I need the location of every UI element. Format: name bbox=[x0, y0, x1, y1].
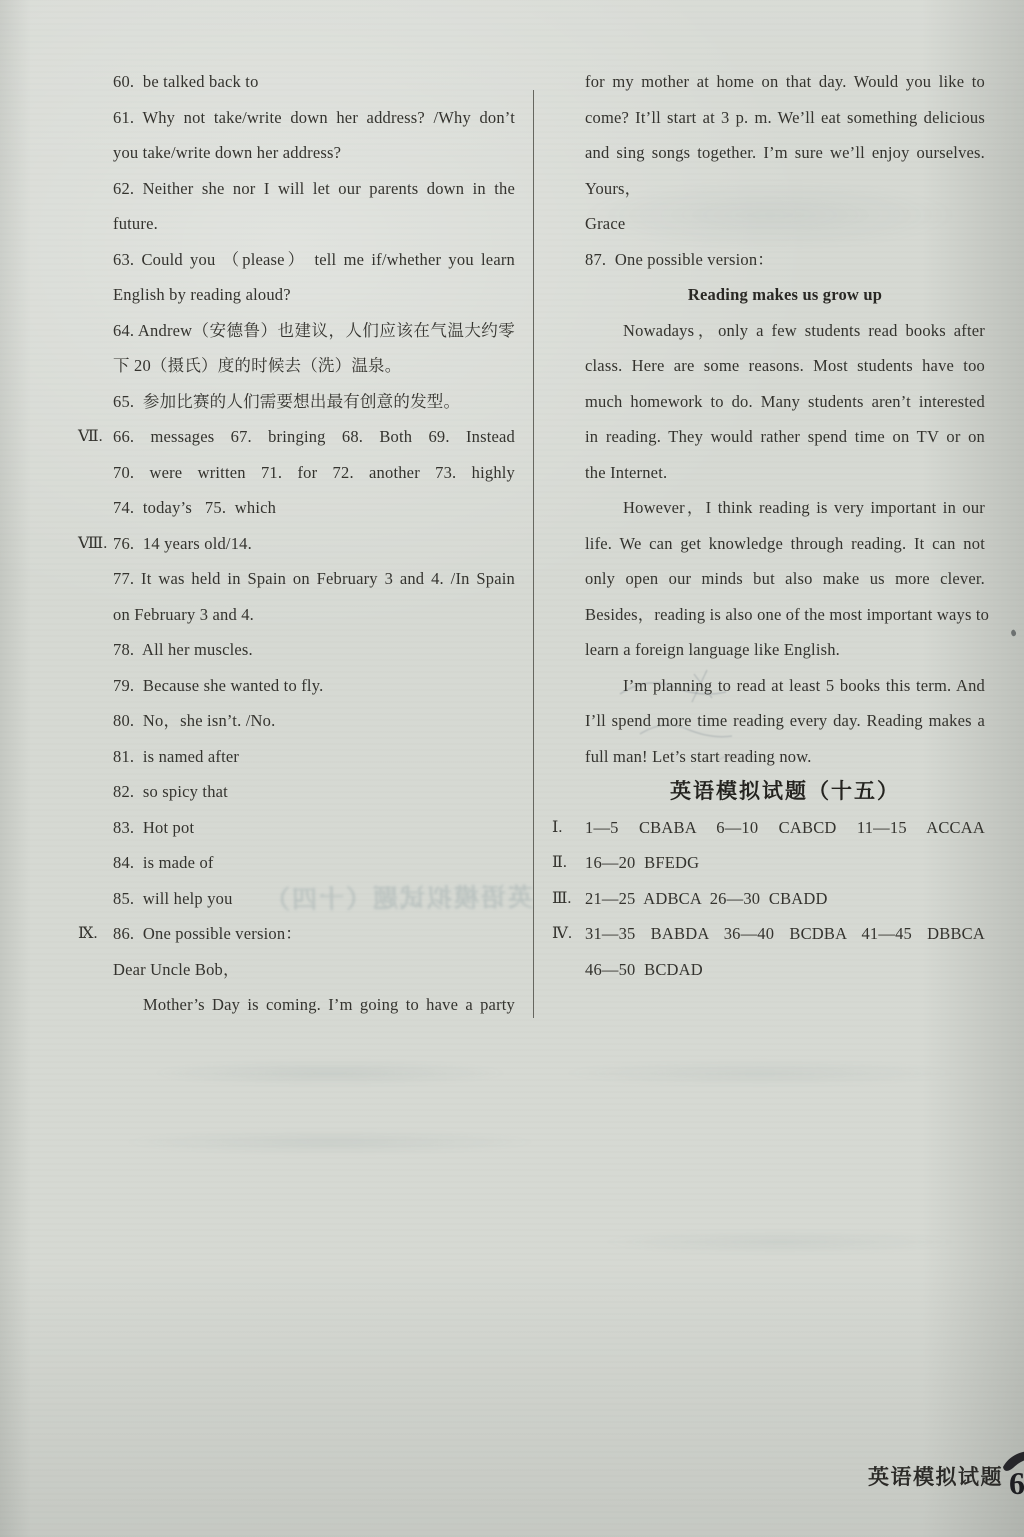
line-text: 61. Why not take/write down her address?… bbox=[113, 100, 515, 136]
line-text: Yours， bbox=[585, 171, 985, 207]
line-text: 65. 参加比赛的人们需要想出最有创意的发型。 bbox=[113, 384, 515, 420]
line-text: 83. Hot pot bbox=[113, 810, 515, 846]
text-line: Nowadays，only a few students read books … bbox=[585, 313, 985, 349]
line-text: 84. is made of bbox=[113, 845, 515, 881]
line-text: 78. All her muscles. bbox=[113, 632, 515, 668]
line-text: Dear Uncle Bob， bbox=[113, 952, 515, 988]
roman-numeral: Ⅳ. bbox=[552, 916, 572, 952]
answer-line: on February 3 and 4. bbox=[113, 597, 515, 633]
answer-line: Mother’s Day is coming. I’m going to hav… bbox=[113, 987, 515, 1023]
answer-line: 85. will help you bbox=[113, 881, 515, 917]
answer-line: English by reading aloud? bbox=[113, 277, 515, 313]
roman-numeral: Ⅰ. bbox=[552, 810, 562, 846]
line-text: the Internet. bbox=[585, 455, 985, 491]
line-text: come? It’ll start at 3 p. m. We’ll eat s… bbox=[585, 100, 985, 136]
roman-numeral: Ⅷ. bbox=[78, 526, 107, 562]
line-text: Besides，reading is also one of the most … bbox=[585, 597, 985, 633]
scanned-answer-page: 英语模拟试题（十四） 60. be talked back to61. Why … bbox=[0, 0, 1024, 1537]
text-line: learn a foreign language like English. bbox=[585, 632, 985, 668]
line-text: 82. so spicy that bbox=[113, 774, 515, 810]
answer-line: 70. were written 71. for 72. another 73.… bbox=[113, 455, 515, 491]
answer-key-line: Ⅱ.16—20 BFEDG bbox=[585, 845, 985, 881]
roman-numeral: Ⅸ. bbox=[78, 916, 97, 952]
line-text: English by reading aloud? bbox=[113, 277, 515, 313]
column-divider bbox=[533, 90, 534, 1018]
text-line: 87. One possible version： bbox=[585, 242, 985, 278]
answer-line: 65. 参加比赛的人们需要想出最有创意的发型。 bbox=[113, 384, 515, 420]
line-text: 80. No，she isn’t. /No. bbox=[113, 703, 515, 739]
line-text: 66. messages 67. bringing 68. Both 69. I… bbox=[113, 419, 515, 455]
text-line: life. We can get knowledge through readi… bbox=[585, 526, 985, 562]
section-heading: 英语模拟试题（十五） bbox=[585, 774, 985, 810]
line-text: 64. Andrew（安德鲁）也建议，人们应该在气温大约零 bbox=[113, 313, 515, 349]
text-line: full man! Let’s start reading now. bbox=[585, 739, 985, 775]
line-text: 英语模拟试题（十五） bbox=[585, 774, 985, 810]
answer-line: 下 20（摄氏）度的时候去（洗）温泉。 bbox=[113, 348, 515, 384]
page-number: 6 bbox=[1009, 1465, 1024, 1501]
answer-line: 74. today’s 75. which bbox=[113, 490, 515, 526]
answer-line: 83. Hot pot bbox=[113, 810, 515, 846]
line-text: 下 20（摄氏）度的时候去（洗）温泉。 bbox=[113, 348, 515, 384]
text-line: only open our minds but also make us mor… bbox=[585, 561, 985, 597]
answer-line: you take/write down her address? bbox=[113, 135, 515, 171]
text-line: the Internet. bbox=[585, 455, 985, 491]
line-text: 31—35 BABDA 36—40 BCDBA 41—45 DBBCA bbox=[585, 916, 985, 952]
roman-numeral: Ⅱ. bbox=[552, 845, 567, 881]
answer-line: Ⅷ.76. 14 years old/14. bbox=[113, 526, 515, 562]
right-column: for my mother at home on that day. Would… bbox=[585, 64, 985, 987]
left-column: 60. be talked back to61. Why not take/wr… bbox=[113, 64, 515, 1023]
line-text: learn a foreign language like English. bbox=[585, 632, 985, 668]
line-text: However，I think reading is very importan… bbox=[585, 490, 985, 526]
line-text: you take/write down her address? bbox=[113, 135, 515, 171]
text-line: I’m planning to read at least 5 books th… bbox=[585, 668, 985, 704]
text-line: I’ll spend more time reading every day. … bbox=[585, 703, 985, 739]
line-text: 87. One possible version： bbox=[585, 242, 985, 278]
answer-line: 82. so spicy that bbox=[113, 774, 515, 810]
line-text: and sing songs together. I’m sure we’ll … bbox=[585, 135, 985, 171]
answer-line: Dear Uncle Bob， bbox=[113, 952, 515, 988]
answer-line: 61. Why not take/write down her address?… bbox=[113, 100, 515, 136]
answer-line: 77. It was held in Spain on February 3 a… bbox=[113, 561, 515, 597]
essay-title: Reading makes us grow up bbox=[585, 277, 985, 313]
answer-line: 60. be talked back to bbox=[113, 64, 515, 100]
line-text: 60. be talked back to bbox=[113, 64, 515, 100]
line-text: 74. today’s 75. which bbox=[113, 490, 515, 526]
line-text: I’ll spend more time reading every day. … bbox=[585, 703, 985, 739]
answer-line: Ⅶ.66. messages 67. bringing 68. Both 69.… bbox=[113, 419, 515, 455]
line-text: only open our minds but also make us mor… bbox=[585, 561, 985, 597]
text-line: for my mother at home on that day. Would… bbox=[585, 64, 985, 100]
answer-line: 80. No，she isn’t. /No. bbox=[113, 703, 515, 739]
line-text: I’m planning to read at least 5 books th… bbox=[585, 668, 985, 704]
line-text: future. bbox=[113, 206, 515, 242]
line-text: 21—25 ADBCA 26—30 CBADD bbox=[585, 881, 985, 917]
line-text: 63. Could you （please） tell me if/whethe… bbox=[113, 242, 515, 278]
line-text: full man! Let’s start reading now. bbox=[585, 739, 985, 775]
text-line: Grace bbox=[585, 206, 985, 242]
answer-line: 62. Neither she nor I will let our paren… bbox=[113, 171, 515, 207]
line-text: 81. is named after bbox=[113, 739, 515, 775]
text-line: Yours， bbox=[585, 171, 985, 207]
answer-line: Ⅸ.86. One possible version： bbox=[113, 916, 515, 952]
text-line: in reading. They would rather spend time… bbox=[585, 419, 985, 455]
line-text: 77. It was held in Spain on February 3 a… bbox=[113, 561, 515, 597]
text-line: class. Here are some reasons. Most stude… bbox=[585, 348, 985, 384]
text-line: Besides，reading is also one of the most … bbox=[585, 597, 985, 633]
answer-line: 64. Andrew（安德鲁）也建议，人们应该在气温大约零 bbox=[113, 313, 515, 349]
text-line: come? It’ll start at 3 p. m. We’ll eat s… bbox=[585, 100, 985, 136]
line-text: 62. Neither she nor I will let our paren… bbox=[113, 171, 515, 207]
line-text: Nowadays，only a few students read books … bbox=[585, 313, 985, 349]
line-text: 79. Because she wanted to fly. bbox=[113, 668, 515, 704]
line-text: Mother’s Day is coming. I’m going to hav… bbox=[113, 987, 515, 1023]
roman-numeral: Ⅶ. bbox=[78, 419, 103, 455]
line-text: Grace bbox=[585, 206, 985, 242]
answer-key-line: Ⅳ.31—35 BABDA 36—40 BCDBA 41—45 DBBCA bbox=[585, 916, 985, 952]
roman-numeral: Ⅲ. bbox=[552, 881, 571, 917]
line-text: 46—50 BCDAD bbox=[585, 952, 985, 988]
answer-key-line: Ⅰ.1—5 CBABA 6—10 CABCD 11—15 ACCAA bbox=[585, 810, 985, 846]
answer-line: 63. Could you （please） tell me if/whethe… bbox=[113, 242, 515, 278]
line-text: life. We can get knowledge through readi… bbox=[585, 526, 985, 562]
text-line: much homework to do. Many students aren’… bbox=[585, 384, 985, 420]
line-text: 85. will help you bbox=[113, 881, 515, 917]
footer-label: 英语模拟试题 bbox=[868, 1461, 1003, 1491]
line-text: for my mother at home on that day. Would… bbox=[585, 64, 985, 100]
answer-line: 84. is made of bbox=[113, 845, 515, 881]
line-text: 1—5 CBABA 6—10 CABCD 11—15 ACCAA bbox=[585, 810, 985, 846]
answer-line: 79. Because she wanted to fly. bbox=[113, 668, 515, 704]
answer-line: 81. is named after bbox=[113, 739, 515, 775]
line-text: 86. One possible version： bbox=[113, 916, 515, 952]
answer-line: 78. All her muscles. bbox=[113, 632, 515, 668]
text-line: and sing songs together. I’m sure we’ll … bbox=[585, 135, 985, 171]
text-line: However，I think reading is very importan… bbox=[585, 490, 985, 526]
line-text: 76. 14 years old/14. bbox=[113, 526, 515, 562]
line-text: 16—20 BFEDG bbox=[585, 845, 985, 881]
answer-line: future. bbox=[113, 206, 515, 242]
line-text: in reading. They would rather spend time… bbox=[585, 419, 985, 455]
line-text: much homework to do. Many students aren’… bbox=[585, 384, 985, 420]
answer-key-line: 46—50 BCDAD bbox=[585, 952, 985, 988]
answer-key-line: Ⅲ.21—25 ADBCA 26—30 CBADD bbox=[585, 881, 985, 917]
page-number-graphic: 6 bbox=[1002, 1446, 1024, 1516]
line-text: Reading makes us grow up bbox=[585, 277, 985, 313]
line-text: class. Here are some reasons. Most stude… bbox=[585, 348, 985, 384]
line-text: on February 3 and 4. bbox=[113, 597, 515, 633]
line-text: 70. were written 71. for 72. another 73.… bbox=[113, 455, 515, 491]
